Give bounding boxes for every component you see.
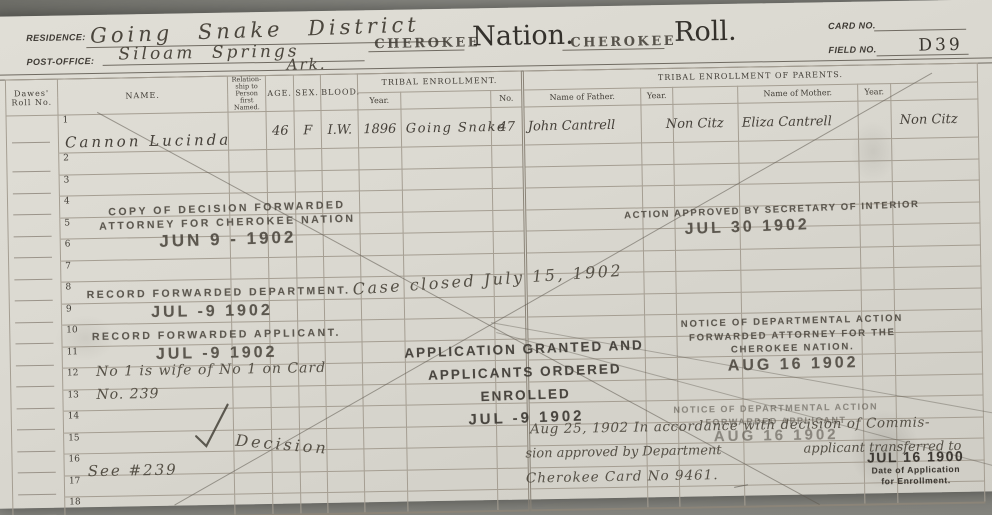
name-value: Cannon Lucinda — [59, 131, 232, 152]
name-cell: 3 — [59, 172, 229, 196]
row-number: 3 — [60, 175, 70, 185]
enrollment-no-value: 47 — [498, 119, 515, 134]
roll-cell — [13, 497, 65, 515]
roll-cell — [7, 175, 59, 197]
roll-cell — [11, 411, 63, 433]
note-transfer-line2b: applicant transferred to — [803, 439, 961, 457]
age-value: 46 — [272, 123, 289, 138]
roll-cell — [10, 347, 62, 369]
col-header-relationship: Relation- ship to Person first Named. — [227, 75, 266, 112]
post-office-value: Siloam Springs — [118, 41, 299, 64]
subheader-te-year: Year. — [358, 92, 401, 110]
relationship-cell — [228, 111, 267, 150]
card-no-label: CARD NO. — [828, 20, 876, 31]
roll-blank-line — [13, 221, 51, 238]
col-header-age: AGE. — [265, 75, 294, 111]
row-number: 7 — [61, 261, 71, 271]
roll-blank-line — [18, 499, 56, 515]
row-number: 16 — [64, 454, 80, 464]
roll-cell — [8, 218, 60, 240]
rel-line-5: Named. — [228, 104, 265, 112]
mother-status-value: Non Citz — [892, 111, 958, 127]
row-number: 9 — [62, 304, 72, 314]
roll-cell — [6, 115, 59, 154]
stamp-notice-attorney: NOTICE OF DEPARTMENTAL ACTION FORWARDED … — [663, 311, 923, 377]
name-cell: 7 — [61, 258, 231, 282]
name-cell: 18 — [65, 494, 235, 515]
roll-blank-line — [14, 263, 52, 280]
stamp-copy-of-decision: COPY OF DECISION FORWARDED ATTORNEY FOR … — [77, 197, 378, 254]
subheader-te-district — [401, 90, 491, 109]
roll-cell — [10, 325, 62, 347]
note-wife-line2: No. 239 — [96, 386, 159, 403]
roll-cell — [12, 476, 64, 498]
roll-cell — [11, 390, 63, 412]
subheader-father-status — [673, 86, 738, 105]
district-value: Going Snake — [402, 119, 507, 136]
post-office-label: POST-OFFICE: — [26, 56, 94, 67]
stamp-line: for Enrollment. — [860, 475, 972, 488]
roll-blank-line — [12, 127, 50, 144]
enrollment-card: RESIDENCE: Going Snake District POST-OFF… — [0, 0, 992, 509]
father-status-value: Non Citz — [666, 116, 724, 132]
col-header-roll: Dawes' Roll No. — [5, 79, 58, 116]
row-number: 8 — [61, 282, 71, 292]
enrollment-year-value: 1896 — [363, 121, 396, 137]
row-number: 13 — [63, 390, 79, 400]
checkmark-annotation — [193, 402, 232, 451]
col-header-blood: BLOOD. — [320, 74, 358, 111]
row-number: 5 — [60, 218, 70, 228]
subheader-father-year: Year. — [641, 87, 673, 105]
row-number: 4 — [60, 196, 70, 206]
roll-blank-line — [15, 328, 53, 345]
row-number: 17 — [65, 476, 81, 486]
roll-blank-line — [13, 199, 51, 216]
subheader-father: Name of Father. — [523, 87, 641, 107]
roll-blank-line — [14, 242, 52, 259]
nation-word: Nation. — [472, 20, 574, 53]
roll-blank-line — [16, 349, 54, 366]
scan-background: RESIDENCE: Going Snake District POST-OFF… — [0, 0, 992, 515]
col-header-sex: SEX. — [293, 75, 321, 111]
row-number: 1 — [59, 115, 69, 125]
roll-blank-line — [17, 457, 55, 474]
father-name-value: John Cantrell — [525, 117, 616, 134]
subheader-te-no: No. — [491, 90, 523, 108]
subheader-mother: Name of Mother. — [738, 84, 858, 104]
roll-word: Roll. — [674, 16, 737, 48]
residence-label: RESIDENCE: — [26, 32, 86, 43]
roll-cell — [9, 261, 61, 283]
row-number: 14 — [64, 411, 80, 421]
mother-year-cell — [858, 101, 892, 140]
roll-cell — [8, 239, 60, 261]
roll-cell — [9, 282, 61, 304]
row-number: 15 — [64, 433, 80, 443]
mother-name-value: Eliza Cantrell — [739, 114, 832, 131]
col-header-name: NAME. — [57, 76, 228, 115]
note-transfer-line3: Cherokee Card No 9461. — [526, 467, 719, 486]
roll-cell — [7, 196, 59, 218]
name-cell: 1 Cannon Lucinda — [58, 112, 229, 153]
row-number: 18 — [65, 497, 81, 507]
roll-blank-line — [17, 414, 55, 431]
roll-cell — [7, 153, 59, 175]
roll-blank-line — [17, 435, 55, 452]
field-no-value: D39 — [918, 35, 963, 56]
row-number: 6 — [61, 239, 71, 249]
blood-value: I.W. — [327, 122, 352, 137]
roll-blank-line — [12, 156, 50, 173]
roll-blank-line — [14, 285, 52, 302]
stamp-record-forwarded-department: RECORD FORWARDED DEPARTMENT. JUL -9 1902 — [87, 284, 338, 324]
sex-value: F — [303, 123, 312, 138]
roll-cell — [12, 433, 64, 455]
roll-blank-line — [16, 392, 54, 409]
row-number: 11 — [63, 347, 79, 357]
row-number: 12 — [63, 368, 79, 378]
roll-cell — [9, 304, 61, 326]
roll-blank-line — [16, 371, 54, 388]
roll-blank-line — [18, 478, 56, 495]
card-no-line — [874, 29, 966, 32]
roll-blank-line — [15, 306, 53, 323]
roll-blank-line — [13, 178, 51, 195]
roll-header-line2: Roll No. — [11, 97, 52, 107]
row-number: 10 — [62, 325, 78, 335]
roll-cell — [12, 454, 64, 476]
note-see-reference: See #239 — [88, 461, 178, 481]
row-number: 2 — [59, 153, 69, 163]
subheader-mother-status — [891, 82, 978, 101]
roll-cell — [10, 368, 62, 390]
field-no-label: FIELD NO. — [828, 44, 876, 55]
stamp-date: JUL -9 1902 — [87, 299, 337, 324]
